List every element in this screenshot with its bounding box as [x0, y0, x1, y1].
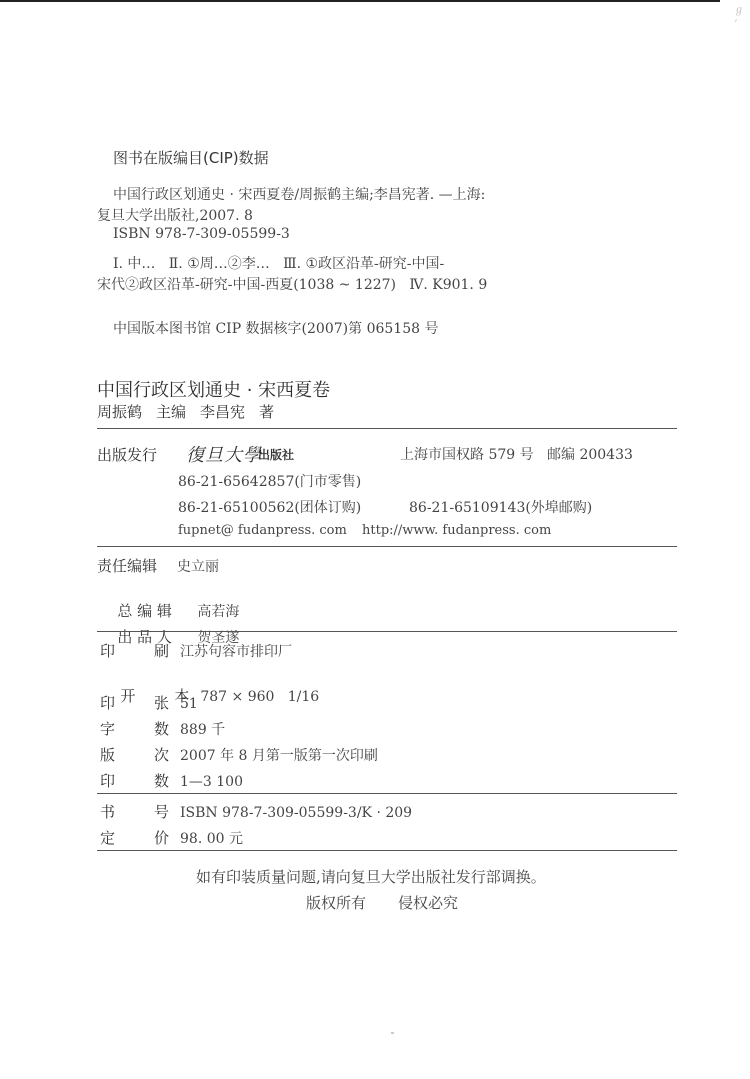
rights-text-1: 版权所有 — [306, 894, 366, 912]
printing-row: 字数889 千 — [100, 718, 225, 739]
print-run-value: 1—3 100 — [180, 774, 243, 790]
press-name: 出版社 — [258, 446, 294, 463]
printing-row: 印张51 — [100, 692, 198, 713]
edition-value: 2007 年 8 月第一版第一次印刷 — [180, 748, 378, 764]
corner-pencil-mark: ℊ ʼ — [734, 4, 744, 32]
publisher-label: 出版发行 — [97, 444, 157, 465]
phone-group: 86-21-65100562(团体订购) — [178, 497, 361, 517]
staff-row: 责任编辑史立丽 — [97, 555, 219, 576]
cip-entry-line-2: 复旦大学出版社,2007. 8 — [97, 205, 253, 225]
price-label: 定价 — [100, 827, 180, 848]
publisher-address: 上海市国权路 579 号 邮编 200433 — [400, 444, 633, 464]
isbn-row: 书号ISBN 978-7-309-05599-3/K · 209 — [100, 801, 412, 822]
rights-text-2: 侵权必究 — [398, 894, 458, 912]
edition-label: 版次 — [100, 744, 180, 765]
price-value: 98. 00 元 — [180, 831, 243, 847]
cip-library-record: 中国版本图书馆 CIP 数据核字(2007)第 065158 号 — [113, 318, 438, 338]
sheets-label: 印张 — [100, 692, 180, 713]
publisher-email: fupnet@ fudanpress. com — [178, 523, 347, 538]
quality-notice: 如有印装质量问题,请向复旦大学出版社发行部调换。 — [196, 866, 546, 887]
press-logo-calligraphy: 復旦大學 — [186, 441, 262, 467]
cip-class-line-2: 宋代②政区沿革-研究-中国-西夏(1038 ~ 1227) Ⅳ. K901. 9 — [97, 274, 487, 294]
printing-label: 印刷 — [100, 640, 180, 661]
scan-speck — [391, 1032, 394, 1034]
corner-mark-1: ℊ — [734, 4, 744, 18]
scan-top-edge — [0, 0, 720, 2]
printing-value: 江苏句容市排印厂 — [180, 644, 292, 660]
price-row: 定价98. 00 元 — [100, 827, 243, 848]
chief-editor-role: 主编 — [156, 403, 186, 421]
address-text: 上海市国权路 579 号 — [400, 447, 534, 463]
divider-2 — [97, 546, 677, 547]
divider-4 — [97, 793, 677, 794]
postcode-label: 邮编 — [547, 447, 575, 463]
sheets-value: 51 — [180, 696, 198, 712]
divider-5 — [97, 850, 677, 851]
author-line: 周振鹤主编李昌宪著 — [97, 401, 288, 422]
chief-editor-name: 周振鹤 — [97, 403, 142, 421]
isbn-label: 书号 — [100, 801, 180, 822]
word-count-label: 字数 — [100, 718, 180, 739]
cip-class-line-1: Ⅰ. 中… Ⅱ. ①周…②李… Ⅲ. ①政区沿革-研究-中国- — [113, 253, 444, 273]
cip-title: 图书在版编目(CIP)数据 — [113, 147, 269, 168]
printing-row: 印数1—3 100 — [100, 770, 243, 791]
postcode-value: 200433 — [579, 447, 632, 463]
printing-row: 版次2007 年 8 月第一版第一次印刷 — [100, 744, 378, 765]
phone-mail-order: 86-21-65109143(外埠邮购) — [409, 497, 592, 517]
cip-isbn: ISBN 978-7-309-05599-3 — [113, 226, 290, 242]
divider-1 — [97, 428, 677, 429]
author-role: 著 — [259, 403, 274, 421]
phone-retail: 86-21-65642857(门市零售) — [178, 471, 361, 491]
cip-entry-line-1: 中国行政区划通史 · 宋西夏卷/周振鹤主编;李昌宪著. —上海: — [113, 184, 485, 204]
divider-3 — [97, 631, 677, 632]
rights-reserved: 版权所有侵权必究 — [306, 892, 458, 913]
isbn-value: ISBN 978-7-309-05599-3/K · 209 — [180, 805, 412, 821]
publisher-website: http://www. fudanpress. com — [362, 523, 551, 538]
corner-mark-2: ʼ — [734, 18, 744, 32]
print-run-label: 印数 — [100, 770, 180, 791]
staff-label: 责任编辑 — [97, 555, 177, 576]
staff-value: 史立丽 — [177, 559, 219, 575]
author-name: 李昌宪 — [200, 403, 245, 421]
word-count-value: 889 千 — [180, 722, 225, 738]
printing-row: 印刷江苏句容市排印厂 — [100, 640, 292, 661]
book-title: 中国行政区划通史 · 宋西夏卷 — [97, 376, 330, 402]
format-value: 787 × 960 1/16 — [200, 689, 319, 705]
